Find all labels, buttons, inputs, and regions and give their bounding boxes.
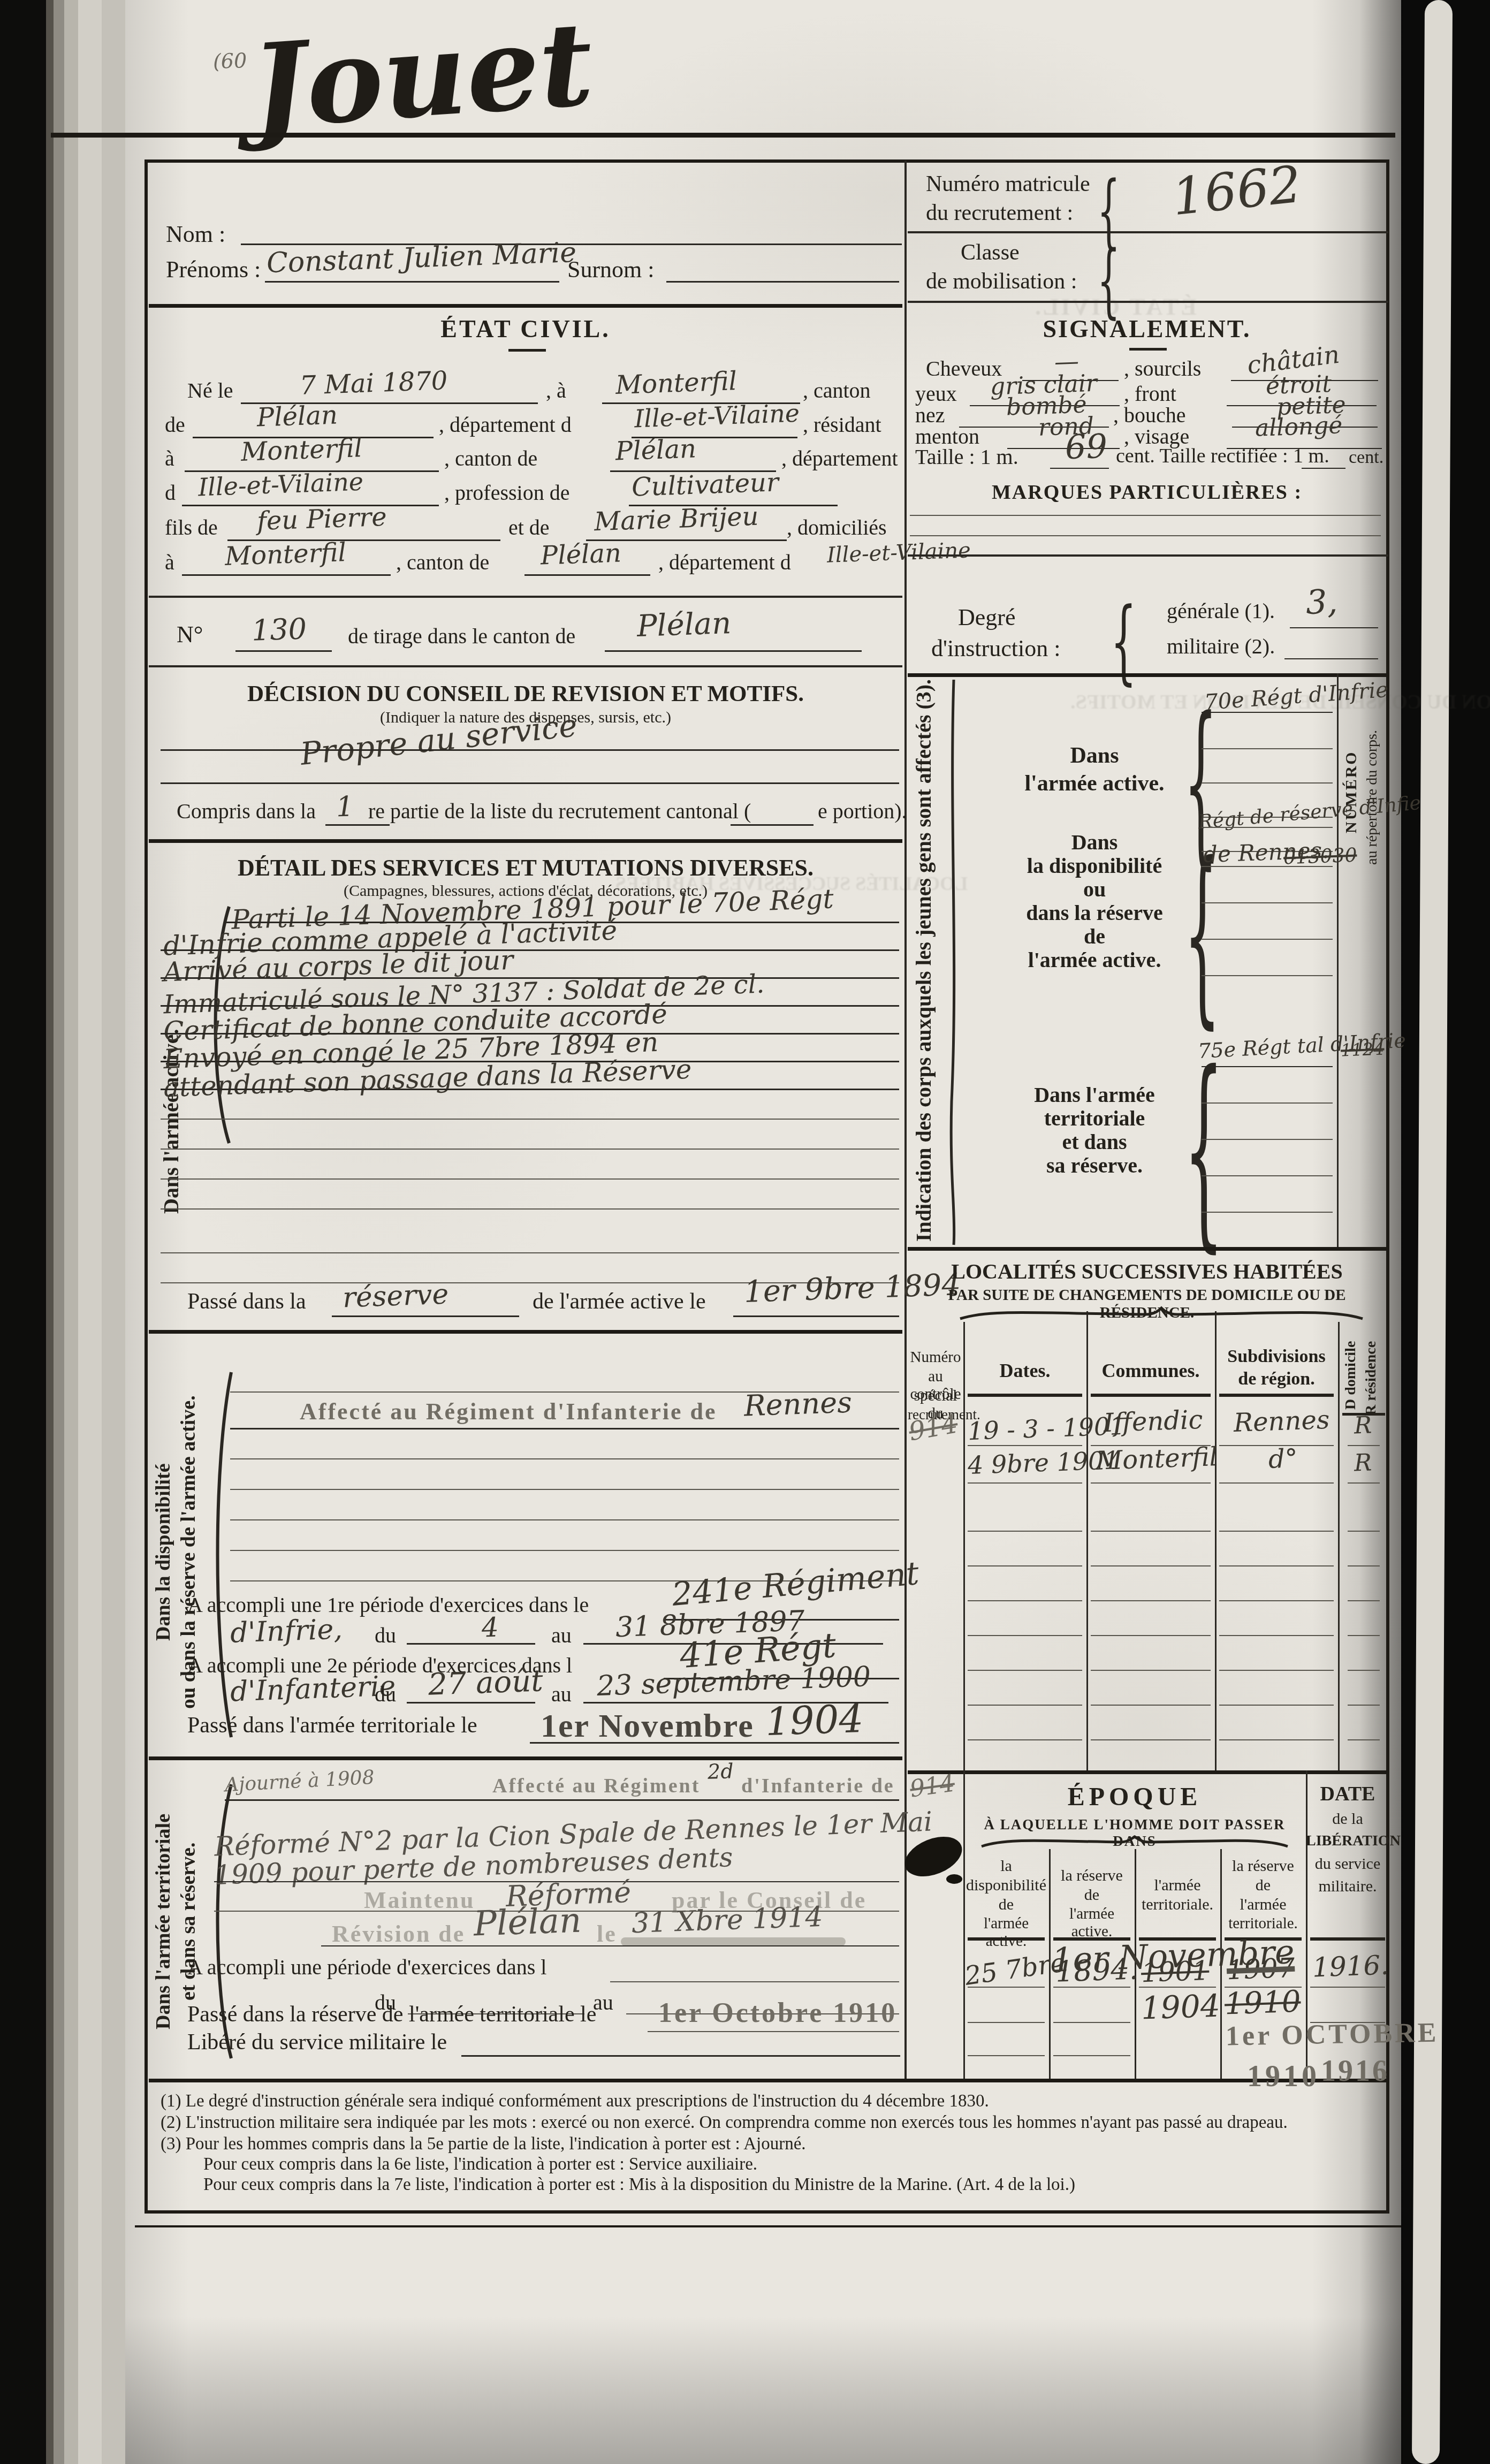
matricule-label-1: Numéro matricule [926,171,1090,197]
rule-line [530,1742,899,1744]
frame-outer-bottom-line [135,2225,1401,2227]
periode1-inf: d'Infrie, [230,1613,343,1649]
blank-rule [230,1550,899,1551]
blank-rule [648,2031,899,2032]
blank-rule [161,1208,899,1210]
localites-numero-header: Numéro [908,1349,963,1366]
blank-rule [1202,939,1333,940]
section-divider [908,1247,1388,1251]
domicilies-label: , domiciliés [787,515,887,540]
matricule-label-2: du recrutement : [926,200,1073,226]
rule-line [733,1315,899,1317]
revision-le-stamp: le [597,1920,617,1948]
affecte-territorial-insert: 2d [707,1759,734,1784]
localites-communes-header: Communes. [1086,1359,1215,1382]
rule-line [325,824,390,826]
ne-le-label: Né le [187,378,233,403]
prenoms-label: Prénoms : [166,256,261,283]
row-rule [968,1987,1045,1988]
name-signature: Jouet [247,0,597,155]
localites-row-commune: Iffendic [1103,1405,1203,1438]
epoque-col2-header: l'armée active. [1049,1905,1135,1941]
canton-de-label: , canton de [444,446,537,471]
canton-de2-label: , canton de [396,550,489,575]
rule-line [149,665,902,667]
periode2-inf: d'Infanterie [230,1670,396,1708]
blank-rule [1202,827,1333,828]
epoque-col1-header: la [963,1857,1049,1875]
birth-place: Monterfil [615,366,738,400]
row-rule [968,2022,1045,2023]
mother-name: Marie Brijeu [594,501,759,537]
canton3-value: Plélan [540,538,622,571]
row-rule [1348,1531,1380,1532]
domicile-place: Monterfil [224,537,347,572]
corps-dispo-label: l'armée active. [1006,947,1183,972]
accompli-territorial-label: A accompli une période d'exercices dans … [187,1955,546,1980]
section-divider [149,1756,902,1760]
row-rule [1091,1705,1211,1706]
a3-label: à [165,550,174,575]
corps-terr-struck-number: 1124 [1340,1039,1385,1061]
blank-rule [230,1458,899,1459]
epoque-col3-header: territoriale. [1135,1896,1220,1914]
brace-glyph: { [1184,1028,1223,1271]
dept1-value: Ille-et-Vilaine [634,399,800,434]
blank-rule [161,1119,899,1120]
page-edge-strip-2 [54,0,64,2464]
ornament-brace [979,1836,1290,1849]
scanned-register-page: { "colors":{"paper":"#e9e6df","ink_print… [0,0,1490,2464]
blank-rule [1202,1212,1333,1213]
table-border [1338,1322,1340,1770]
epoque-col4-header: l'armée [1220,1896,1306,1914]
blank-rule [1202,1139,1333,1140]
affecte-stamp: Affecté au Régiment d'Infanterie de [300,1398,717,1425]
blank-rule [1202,782,1333,784]
passe-territoriale-year: 1904 [765,1696,864,1744]
brace-glyph: { [1097,234,1120,328]
rule-line [1202,1066,1333,1067]
classe-label-1: Classe [961,240,1020,265]
passe-reserve-territoriale-label: Passé dans la réserve de l'armée territo… [187,2002,596,2027]
taille-value: 69 [1065,427,1108,467]
epoque-col1-header: disponibilité [963,1876,1049,1895]
corps-terr-label: territoriale [1006,1106,1183,1131]
rule-line [407,1643,535,1645]
father-name: feu Pierre [256,502,387,536]
section-divider [908,1770,1388,1774]
section-divider [149,839,902,843]
rule-line [1050,468,1109,469]
corps-active-label-1: Dans [1006,743,1183,769]
affecte-territorial-stamp-2: d'Infanterie de [741,1774,895,1798]
dept2-value: Ille-et-Vilaine [197,467,364,502]
ornament-brace [958,1307,1365,1321]
row-rule [968,1531,1082,1532]
sourcils-label: , sourcils [1124,356,1201,381]
militaire-label: militaire (2). [1167,634,1275,659]
row-rule [1053,2022,1130,2023]
blank-rule [230,1489,899,1490]
taille-rectifiee-label: cent. Taille rectifiée : 1 m. [1116,444,1329,468]
rule-line [461,2055,900,2057]
corps-dispo-label: Dans [1006,830,1183,855]
header-heavy-rule [1219,1394,1334,1397]
title-dash [1129,348,1167,351]
row-rule [968,1739,1082,1740]
ink-blob-small [946,1874,962,1884]
epoque-date-header: militaire. [1306,1877,1389,1896]
numero-corps-col-border [1337,673,1339,1247]
section-divider [149,1330,902,1334]
generale-value: 3, [1305,582,1339,622]
blank-rule [1202,866,1333,867]
profession-label: , profession de [444,480,569,505]
row-rule [1091,1531,1211,1532]
october-stamp: 1er OCTOBRE [1226,2017,1439,2052]
compris-label-2: re partie de la liste du recrutement can… [368,798,751,824]
blank-rule [161,1178,899,1180]
rule-line [182,574,391,576]
passe-territoriale-label: Passé dans l'armée territoriale le [187,1713,477,1738]
rule-line [161,949,899,951]
rule-line [731,824,814,826]
brace-glyph: { [1111,589,1137,695]
corps-side-label: Indication des corps auxquels les jeunes… [911,680,936,1242]
libere-label: Libéré du service militaire le [187,2029,447,2055]
corps-dispo-label: ou [1006,877,1183,902]
row-rule [1091,1565,1211,1566]
epoque-liberation-value: 1916. [1312,1950,1389,1983]
localites-subdiv-header-1: Subdivisions [1215,1347,1338,1367]
row-rule [1348,1445,1380,1446]
maintenu-stamp: Maintenu [364,1887,475,1914]
title-dash [508,349,546,352]
departement-label: , département [781,446,898,471]
epoque-col2-header: la réserve [1049,1867,1135,1885]
footnote-2: (2) L'instruction militaire sera indiqué… [161,2113,1288,2133]
a2-label: à [165,446,174,471]
row-rule [1348,1482,1380,1484]
rule-line [908,301,1388,303]
revision-stamp: Révision de [332,1920,465,1948]
residant-label: , résidant [803,412,881,437]
periode1-au: au [551,1623,572,1648]
periode1-label: A accompli une 1re période d'exercices d… [187,1592,589,1617]
birth-date: 7 Mai 1870 [299,366,448,401]
rule-line [332,1315,519,1317]
blank-rule [910,515,1381,516]
de-label: de [165,412,185,437]
row-rule [968,1600,1082,1601]
corps-terr-label: et dans [1006,1129,1183,1154]
row-rule [1219,1531,1334,1532]
rule-line [265,281,559,283]
footnote-divider [149,2079,1387,2082]
canton1-value: Plélan [256,400,338,432]
rule-line [161,749,899,751]
section-divider [149,304,902,308]
corps-active-label-2: l'armée active. [1006,771,1183,796]
epoque-date-header: LIBÉRATION [1306,1832,1389,1850]
row-rule [1348,1739,1380,1740]
rule-line [1202,712,1333,713]
row-rule [1348,1670,1380,1671]
row-rule [1348,1635,1380,1636]
row-rule [1091,1739,1211,1740]
epoque-col4-header: la réserve [1220,1857,1306,1875]
epoque-col4-header: territoriale. [1220,1915,1306,1933]
section-label-disponibilite-2: ou dans la réserve de l'armée active. [177,1349,200,1755]
blank-rule [230,1519,899,1520]
page-edge-strip-4 [78,0,102,2464]
section-label-disponibilite-1: Dans la disponibilité [151,1349,175,1755]
dept-label: , département d [439,412,572,437]
header-heavy-rule [1310,1937,1385,1941]
passe-reserve-territoriale-stamp: 1er Octobre 1910 [658,1997,897,2029]
rule-line [1290,627,1378,628]
epoque-col2-header: de [1049,1886,1135,1904]
fils-de-label: fils de [165,515,218,540]
nom-label: Nom : [166,220,225,248]
classe-label-2: de mobilisation : [926,269,1077,294]
row-rule [1310,1987,1385,1988]
rule-line [230,1428,899,1429]
decision-title: DÉCISION DU CONSEIL DE REVISION ET MOTIF… [149,681,902,707]
row-rule [1219,1705,1334,1706]
column-divider [904,161,907,2080]
corps-dispo-label: dans la réserve [1006,900,1183,925]
residence-place: Monterfil [240,433,363,467]
rule-line [605,650,862,652]
compris-label-3: e portion). [818,798,907,824]
localites-dates-header: Dates. [963,1359,1086,1382]
row-rule [1053,1987,1130,1988]
rule-line [1302,468,1345,469]
profession-value: Cultivateur [631,467,779,503]
row-rule [1219,1565,1334,1566]
footnote-1: (1) Le degré d'instruction générale sera… [161,2092,989,2111]
blank-rule [910,535,1381,536]
periode1-from: 4 [481,1611,499,1643]
epoque-date-header: du service [1306,1855,1389,1873]
passe-reserve-label2: de l'armée active le [533,1289,706,1314]
revision-place: Plélan [473,1901,582,1944]
blank-rule [1202,975,1333,976]
localites-row-dr: R [1354,1411,1372,1439]
header-heavy-rule [968,1394,1082,1397]
section-divider [908,673,1388,677]
rule-line [235,650,332,652]
compris-value: 1 [336,790,354,823]
blank-rule [1202,748,1333,749]
page-edge-strip-1 [46,0,54,2464]
degre-label-2: d'instruction : [931,635,1060,662]
top-rule [51,133,1395,138]
degre-label-1: Degré [958,604,1016,631]
rule-line [908,231,1388,233]
signalement-title: SIGNALEMENT. [904,315,1389,343]
periode2-from: 27 août [428,1663,544,1702]
affecte-territorial-stamp-1: Affecté au Régiment [492,1774,700,1798]
blank-rule [161,1149,899,1150]
epoque-title: ÉPOQUE [963,1782,1306,1812]
localites-subdiv-header-2: de région. [1215,1369,1338,1389]
tirage-no-label: N° [177,621,203,648]
compris-label-1: Compris dans la [177,798,316,824]
footnote-4: Pour ceux compris dans la 6e liste, l'in… [203,2155,757,2174]
passe-reserve-value: réserve [342,1279,449,1314]
taille-label: Taille : 1 m. [915,444,1018,469]
epoque-date-header: de la [1306,1810,1389,1828]
surnom-label: Surnom : [567,256,655,283]
row-rule [1219,1635,1334,1636]
epoque-res-territoriale-struck-2: 1910 [1224,1984,1302,2022]
et-de-label: et de [508,515,550,540]
corps-dispo-struck-number: 013030 [1283,845,1357,869]
tirage-label: de tirage dans le canton de [348,623,575,649]
blank-rule [1202,1175,1333,1176]
footnote-3: (3) Pour les hommes compris dans la 5e p… [161,2134,806,2154]
affecte-value: Rennes [743,1385,853,1423]
taille-cent-label: cent. [1349,447,1383,468]
epoque-col3-header: l'armée [1135,1876,1220,1895]
rule-line [225,1799,899,1801]
localites-row-subdiv: Rennes [1233,1405,1330,1438]
d-label: d [165,480,176,505]
corps-dispo-label: de [1006,924,1183,949]
generale-label: générale (1). [1167,598,1275,623]
a-label: , à [546,378,566,403]
header-heavy-rule [968,1937,1045,1941]
blank-rule [1202,902,1333,903]
corps-side-wavy-line [948,679,959,1246]
rule-line [524,574,650,576]
localites-row-date: 19 - 3 - 1901 [967,1411,1126,1446]
row-rule [1219,1482,1334,1484]
etat-civil-title: ÉTAT CIVIL. [149,315,902,343]
passe-reserve-label1: Passé dans la [187,1289,306,1314]
corps-terr-label: Dans l'armée [1006,1082,1183,1107]
epoque-date-header: DATE [1306,1782,1389,1806]
epoque-col4-header: de [1220,1876,1306,1895]
rule-line [161,1089,899,1090]
row-rule [1091,1600,1211,1601]
row-rule [968,1670,1082,1671]
services-title: DÉTAIL DES SERVICES ET MUTATIONS DIVERSE… [149,854,902,881]
passe-territoriale-stamp: 1er Novembre [541,1707,754,1745]
row-rule [1091,1635,1211,1636]
periode2-du: du [375,1682,396,1707]
rule-line [161,782,899,784]
row-rule [1348,1565,1380,1566]
blank-rule [1202,1102,1333,1104]
epoque-territoriale-corrected: 1904 [1141,1987,1221,2026]
stamp-1916: 1916 [1321,2054,1389,2088]
localites-row-dr: R [1354,1449,1372,1477]
row-rule [1219,1739,1334,1740]
row-rule [1348,1600,1380,1601]
header-heavy-rule [1091,1394,1211,1397]
row-rule [1348,1705,1380,1706]
rule-line [149,596,902,598]
table-border [963,1322,965,1770]
canton2-value: Plélan [615,434,697,466]
row-rule [968,1482,1082,1484]
corner-mark: (60 [212,49,247,73]
rule-line [666,281,899,283]
localites-row-commune: Monterfil [1096,1442,1218,1476]
stamp-1910: 1910 [1247,2059,1320,2094]
rule-line [1284,658,1378,659]
corps-dispo-label: la disponibilité [1006,853,1183,878]
tirage-number: 130 [251,612,307,648]
row-rule [1219,1600,1334,1601]
marques-title: MARQUES PARTICULIÈRES : [904,481,1389,504]
periode1-du: du [375,1623,396,1648]
page-edge-strip-3 [64,0,78,2464]
row-rule [1053,2055,1130,2056]
dept-label2: , département d [658,550,791,575]
canton-suffix: , canton [803,378,871,403]
epoque-col1-header: de [963,1896,1049,1914]
dept3-value: Ille-et-Vilaine [826,538,971,567]
row-rule [968,1445,1082,1446]
tirage-canton: Plélan [636,606,732,644]
periode2-au: au [551,1682,572,1707]
row-rule [1091,1482,1211,1484]
epoque-col1-header: l'armée active. [963,1915,1049,1950]
row-rule [968,1635,1082,1636]
blank-rule [610,1981,899,1982]
row-rule [1091,1670,1211,1671]
section-label-territoriale-1: Dans l'armée territoriale [151,1766,175,2077]
blank-rule [161,1252,899,1253]
row-rule [1219,1670,1334,1671]
page-edge-strip-5 [102,0,125,2464]
row-rule [968,1705,1082,1706]
localites-title-1: LOCALITÉS SUCCESSIVES HABITÉES [904,1259,1389,1284]
localites-row-subdiv: d° [1268,1443,1298,1474]
footnote-5: Pour ceux compris dans la 7e liste, l'in… [203,2175,1075,2195]
rule-line [407,1702,535,1703]
rule-line [321,1945,899,1946]
highlight-smear [621,1937,846,1946]
row-rule [968,1565,1082,1566]
rule-line [908,554,1388,557]
visage-value: allongé [1255,412,1343,442]
revision-date: 31 Xbre 1914 [631,1901,823,1940]
corps-terr-label: sa réserve. [1006,1153,1183,1178]
row-rule [968,2055,1045,2056]
